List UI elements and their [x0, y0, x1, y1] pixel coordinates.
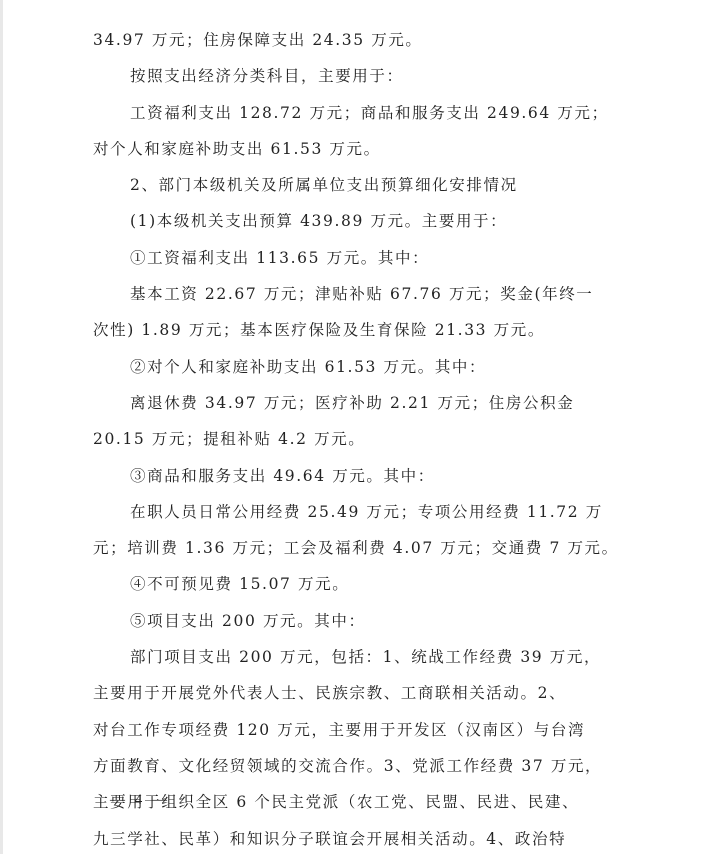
document-body: 34.97 万元；住房保障支出 24.35 万元。 按照支出经济分类科目，主要用…: [93, 22, 621, 854]
text-line: 34.97 万元；住房保障支出 24.35 万元。: [93, 22, 621, 58]
text-line: 方面教育、文化经贸领域的交流合作。3、党派工作经费 37 万元，: [93, 748, 621, 784]
text-line: 次性) 1.89 万元；基本医疗保险及生育保险 21.33 万元。: [93, 312, 621, 348]
page-edge: [0, 0, 3, 854]
text-line: 20.15 万元；提租补贴 4.2 万元。: [93, 421, 621, 457]
page-number: — 4 —: [110, 792, 170, 809]
text-line: 按照支出经济分类科目，主要用于：: [93, 58, 621, 94]
text-line: 主要用于开展党外代表人士、民族宗教、工商联相关活动。2、: [93, 675, 621, 711]
subsection-heading: (1)本级机关支出预算 439.89 万元。主要用于：: [93, 203, 621, 239]
section-heading: 2、部门本级机关及所属单位支出预算细化安排情况: [93, 167, 621, 203]
text-line: ⑤项目支出 200 万元。其中：: [93, 603, 621, 639]
text-line: 对台工作专项经费 120 万元，主要用于开发区（汉南区）与台湾: [93, 712, 621, 748]
text-line: 离退休费 34.97 万元；医疗补助 2.21 万元；住房公积金: [93, 385, 621, 421]
text-line: 对个人和家庭补助支出 61.53 万元。: [93, 131, 621, 167]
text-line: ④不可预见费 15.07 万元。: [93, 566, 621, 602]
text-line: 在职人员日常公用经费 25.49 万元；专项公用经费 11.72 万: [93, 494, 621, 530]
text-line: ②对个人和家庭补助支出 61.53 万元。其中：: [93, 349, 621, 385]
text-line: 基本工资 22.67 万元；津贴补贴 67.76 万元；奖金(年终一: [93, 276, 621, 312]
text-line: 元；培训费 1.36 万元；工会及福利费 4.07 万元；交通费 7 万元。: [93, 530, 621, 566]
text-line: ①工资福利支出 113.65 万元。其中：: [93, 240, 621, 276]
text-line: ③商品和服务支出 49.64 万元。其中：: [93, 458, 621, 494]
text-line: 主要用于组织全区 6 个民主党派（农工党、民盟、民进、民建、: [93, 784, 621, 820]
text-line: 部门项目支出 200 万元，包括：1、统战工作经费 39 万元，: [93, 639, 621, 675]
text-line: 九三学社、民革）和知识分子联谊会开展相关活动。4、政治特: [93, 821, 621, 854]
text-line: 工资福利支出 128.72 万元；商品和服务支出 249.64 万元；: [93, 95, 621, 131]
